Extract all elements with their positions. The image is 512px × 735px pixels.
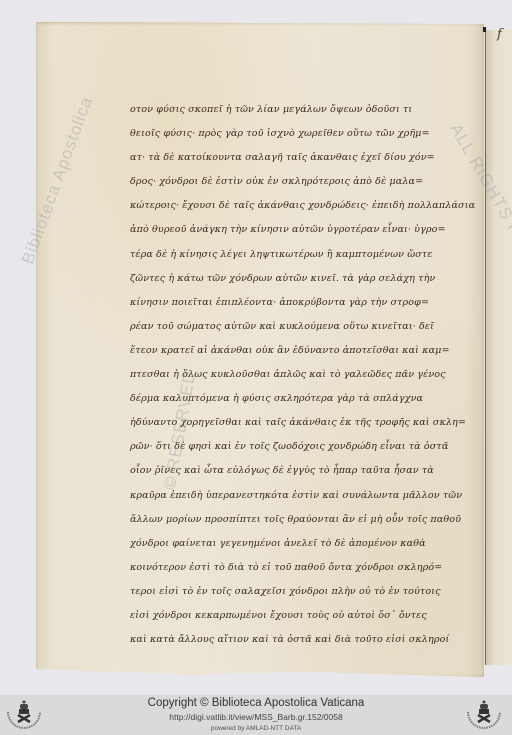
text-line: τέρα δὲ ἡ κίνησις λέγει ληψτικωτέρων ἢ κ… <box>130 243 480 267</box>
copyright-footer: Copyright © Biblioteca Apostolica Vatica… <box>0 695 512 735</box>
text-line: καὶ κατὰ ἄλλους αἴτιον καὶ τὰ ὀστᾶ καὶ δ… <box>130 628 480 652</box>
text-line: ἀπὸ θυρεοῦ ἀνάγκη τὴν κίνησιν αὐτῶν ὑγρο… <box>130 218 480 242</box>
text-line: δέρμα καλυπτόμενα ἡ φύσις σκληρότερα γὰρ… <box>130 387 480 411</box>
text-line: ρέαν τοῦ σώματος αὐτῶν καὶ κυκλούμενα οὕ… <box>130 315 480 339</box>
text-line: οἷον ῥῖνες καὶ ὦτα εὐλόγως δὲ ἐγγὺς τὸ ἧ… <box>130 459 480 483</box>
text-line: κώτεροις· ἔχουσι δὲ ταῖς ἀκάνθαις χονδρώ… <box>130 194 480 218</box>
text-line: ρῶν· ὅτι δὲ φησὶ καὶ ἐν τοῖς ζωοδόχοις χ… <box>130 435 480 459</box>
text-line: κραῦρα ἐπειδὴ ὑπερανεστηκότα ἐστὶν καὶ σ… <box>130 484 480 508</box>
facing-page-edge <box>485 30 512 665</box>
text-line: ἄλλων μορίων προσπίπτει τοῖς θραύονται ἂ… <box>130 508 480 532</box>
text-line: θειοῖς φύσις· πρὸς γὰρ τοῦ ἰσχνὸ χωρεῖθε… <box>130 122 480 146</box>
powered-by-text: powered by AMLAD-NTT DATA <box>0 725 512 732</box>
text-line: πτεσθαι ἡ ὅλως κυκλοῦσθαι ἁπλῶς καὶ τὸ γ… <box>130 363 480 387</box>
folio-number: f <box>497 27 502 42</box>
text-line: κίνησιν ποιεῖται ἐπιπλέοντα· ἀποκρύβοντα… <box>130 291 480 315</box>
text-line: τεροι εἰσὶ τὸ ἐν τοῖς σαλαχεῖσι χόνδροι … <box>130 580 480 604</box>
manuscript-url[interactable]: http://digi.vatlib.it/view/MSS_Barb.gr.1… <box>0 712 512 722</box>
text-line: ἕτεον κρατεῖ αἱ ἀκάνθαι οὐκ ἂν ἐδύναντο … <box>130 339 480 363</box>
spine-mark <box>483 27 486 32</box>
manuscript-viewer: f οτον φύσις σκοπεῖ ἡ τῶν λίαν μεγάλων ὄ… <box>0 0 512 695</box>
text-line: δρος· χόνδροι δὲ ἐστὶν οὐκ ἐν σκληρότερο… <box>130 170 480 194</box>
text-line: οτον φύσις σκοπεῖ ἡ τῶν λίαν μεγάλων ὄψε… <box>130 98 480 122</box>
text-line: χόνδροι φαίνεται γεγενημένοι ἀνελεῖ τὸ δ… <box>130 532 480 556</box>
copyright-text: Copyright © Biblioteca Apostolica Vatica… <box>0 697 512 709</box>
text-line: εἰσὶ χόνδροι κεκαρπωμένοι ἔχουσι τοὺς οὐ… <box>130 604 480 628</box>
text-line: ἠδύναντο χορηγεῖσθαι καὶ ταῖς ἀκάνθαις ἐ… <box>130 411 480 435</box>
text-line: ατ· τὰ δὲ κατοίκουντα σαλαγῆ ταῖς ἀκανθα… <box>130 146 480 170</box>
manuscript-text: οτον φύσις σκοπεῖ ἡ τῶν λίαν μεγάλων ὄψε… <box>130 98 480 652</box>
text-line: ζῶντες ἡ κάτω τῶν χόνδρων αὐτῶν κινεῖ. τ… <box>130 267 480 291</box>
vatican-library-seal-icon <box>464 698 504 732</box>
text-line: κοινότερον ἐστὶ τὸ διὰ τὸ εἰ τοῦ παθοῦ ὄ… <box>130 556 480 580</box>
